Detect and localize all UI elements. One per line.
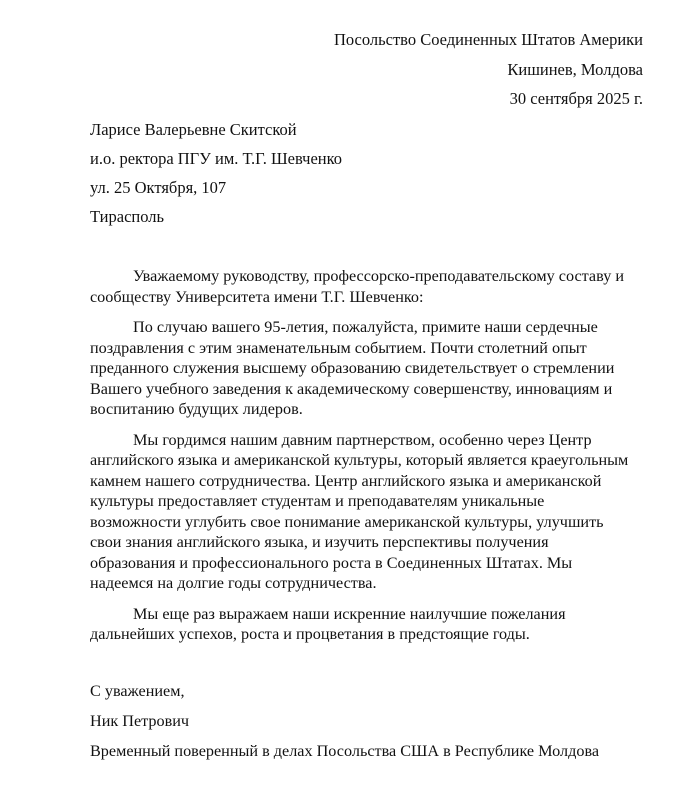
text-line: свои знания английского языка, и изучить… [90, 532, 650, 553]
closing-salutation: С уважением, [90, 681, 185, 701]
date-line: 30 сентября 2025 г. [510, 89, 643, 109]
text-line: Вашего учебного заведения к академическо… [90, 379, 650, 400]
text-line: По случаю вашего 95-летия, пожалуйста, п… [90, 317, 650, 338]
congratulation-paragraph: По случаю вашего 95-летия, пожалуйста, п… [90, 317, 650, 420]
letter-page: Посольство Соединенных Штатов Америки Ки… [0, 0, 692, 791]
text-line: образования и профессионального роста в … [90, 553, 650, 574]
text-line: Мы гордимся нашим давним партнерством, о… [90, 430, 650, 451]
recipient-name: Ларисе Валерьевне Скитской [90, 120, 297, 140]
greeting-paragraph: Уважаемому руководству, профессорско-пре… [90, 266, 650, 307]
text-line: английского языка и американской культур… [90, 450, 650, 471]
sender-line: Посольство Соединенных Штатов Америки [334, 30, 643, 50]
text-line: сообществу Университета имени Т.Г. Шевче… [90, 287, 650, 308]
text-line: возможности углубить свое понимание амер… [90, 512, 650, 533]
text-line: дальнейших успехов, роста и процветания … [90, 624, 650, 645]
wishes-paragraph: Мы еще раз выражаем наши искренние наилу… [90, 604, 650, 645]
text-line: надеемся на долгие годы сотрудничества. [90, 573, 650, 594]
text-line: воспитанию будущих лидеров. [90, 399, 650, 420]
text-line: культуры предоставляет студентам и препо… [90, 491, 650, 512]
text-line: поздравления с этим знаменательным событ… [90, 338, 650, 359]
recipient-city: Тирасполь [90, 207, 164, 227]
recipient-position: и.о. ректора ПГУ им. Т.Г. Шевченко [90, 149, 342, 169]
text-line: Уважаемому руководству, профессорско-пре… [90, 266, 650, 287]
recipient-street: ул. 25 Октября, 107 [90, 178, 226, 198]
text-line: камнем нашего сотрудничества. Центр англ… [90, 471, 650, 492]
signer-title: Временный поверенный в делах Посольства … [90, 741, 599, 761]
text-line: Мы еще раз выражаем наши искренние наилу… [90, 604, 650, 625]
partnership-paragraph: Мы гордимся нашим давним партнерством, о… [90, 430, 650, 594]
text-line: преданного служения высшему образованию … [90, 358, 650, 379]
letter-body: Уважаемому руководству, профессорско-пре… [90, 266, 650, 655]
signer-name: Ник Петрович [90, 711, 189, 731]
city-line: Кишинев, Молдова [507, 60, 643, 80]
